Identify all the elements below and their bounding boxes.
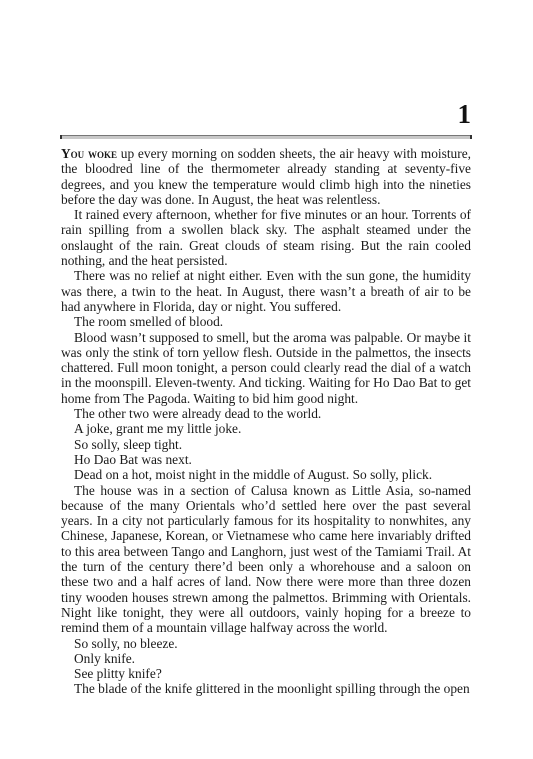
paragraph: The other two were already dead to the w… [61,406,471,421]
paragraph: Ho Dao Bat was next. [61,452,471,467]
paragraph: So solly, sleep tight. [61,437,471,452]
paragraph: The blade of the knife glittered in the … [61,681,471,696]
paragraph: Blood wasn’t supposed to smell, but the … [61,330,471,406]
paragraph: So solly, no bleeze. [61,636,471,651]
paragraph: The room smelled of blood. [61,314,471,329]
book-page: 1 You woke up every morning on sodden sh… [0,0,533,759]
paragraph: A joke, grant me my little joke. [61,421,471,436]
opening-text: up every morning on sodden sheets, the a… [61,146,471,207]
paragraph: The house was in a section of Calusa kno… [61,483,471,636]
paragraph: Dead on a hot, moist night in the middle… [61,467,471,482]
paragraph: There was no relief at night either. Eve… [61,268,471,314]
paragraph: See plitty knife? [61,666,471,681]
lead-in-small-caps: You woke [61,146,117,161]
paragraph-opening: You woke up every morning on sodden shee… [61,146,471,207]
chapter-number: 1 [458,99,472,129]
paragraph: Only knife. [61,651,471,666]
chapter-rule [60,135,472,139]
paragraph: It rained every afternoon, whether for f… [61,207,471,268]
chapter-body: You woke up every morning on sodden shee… [61,146,471,697]
